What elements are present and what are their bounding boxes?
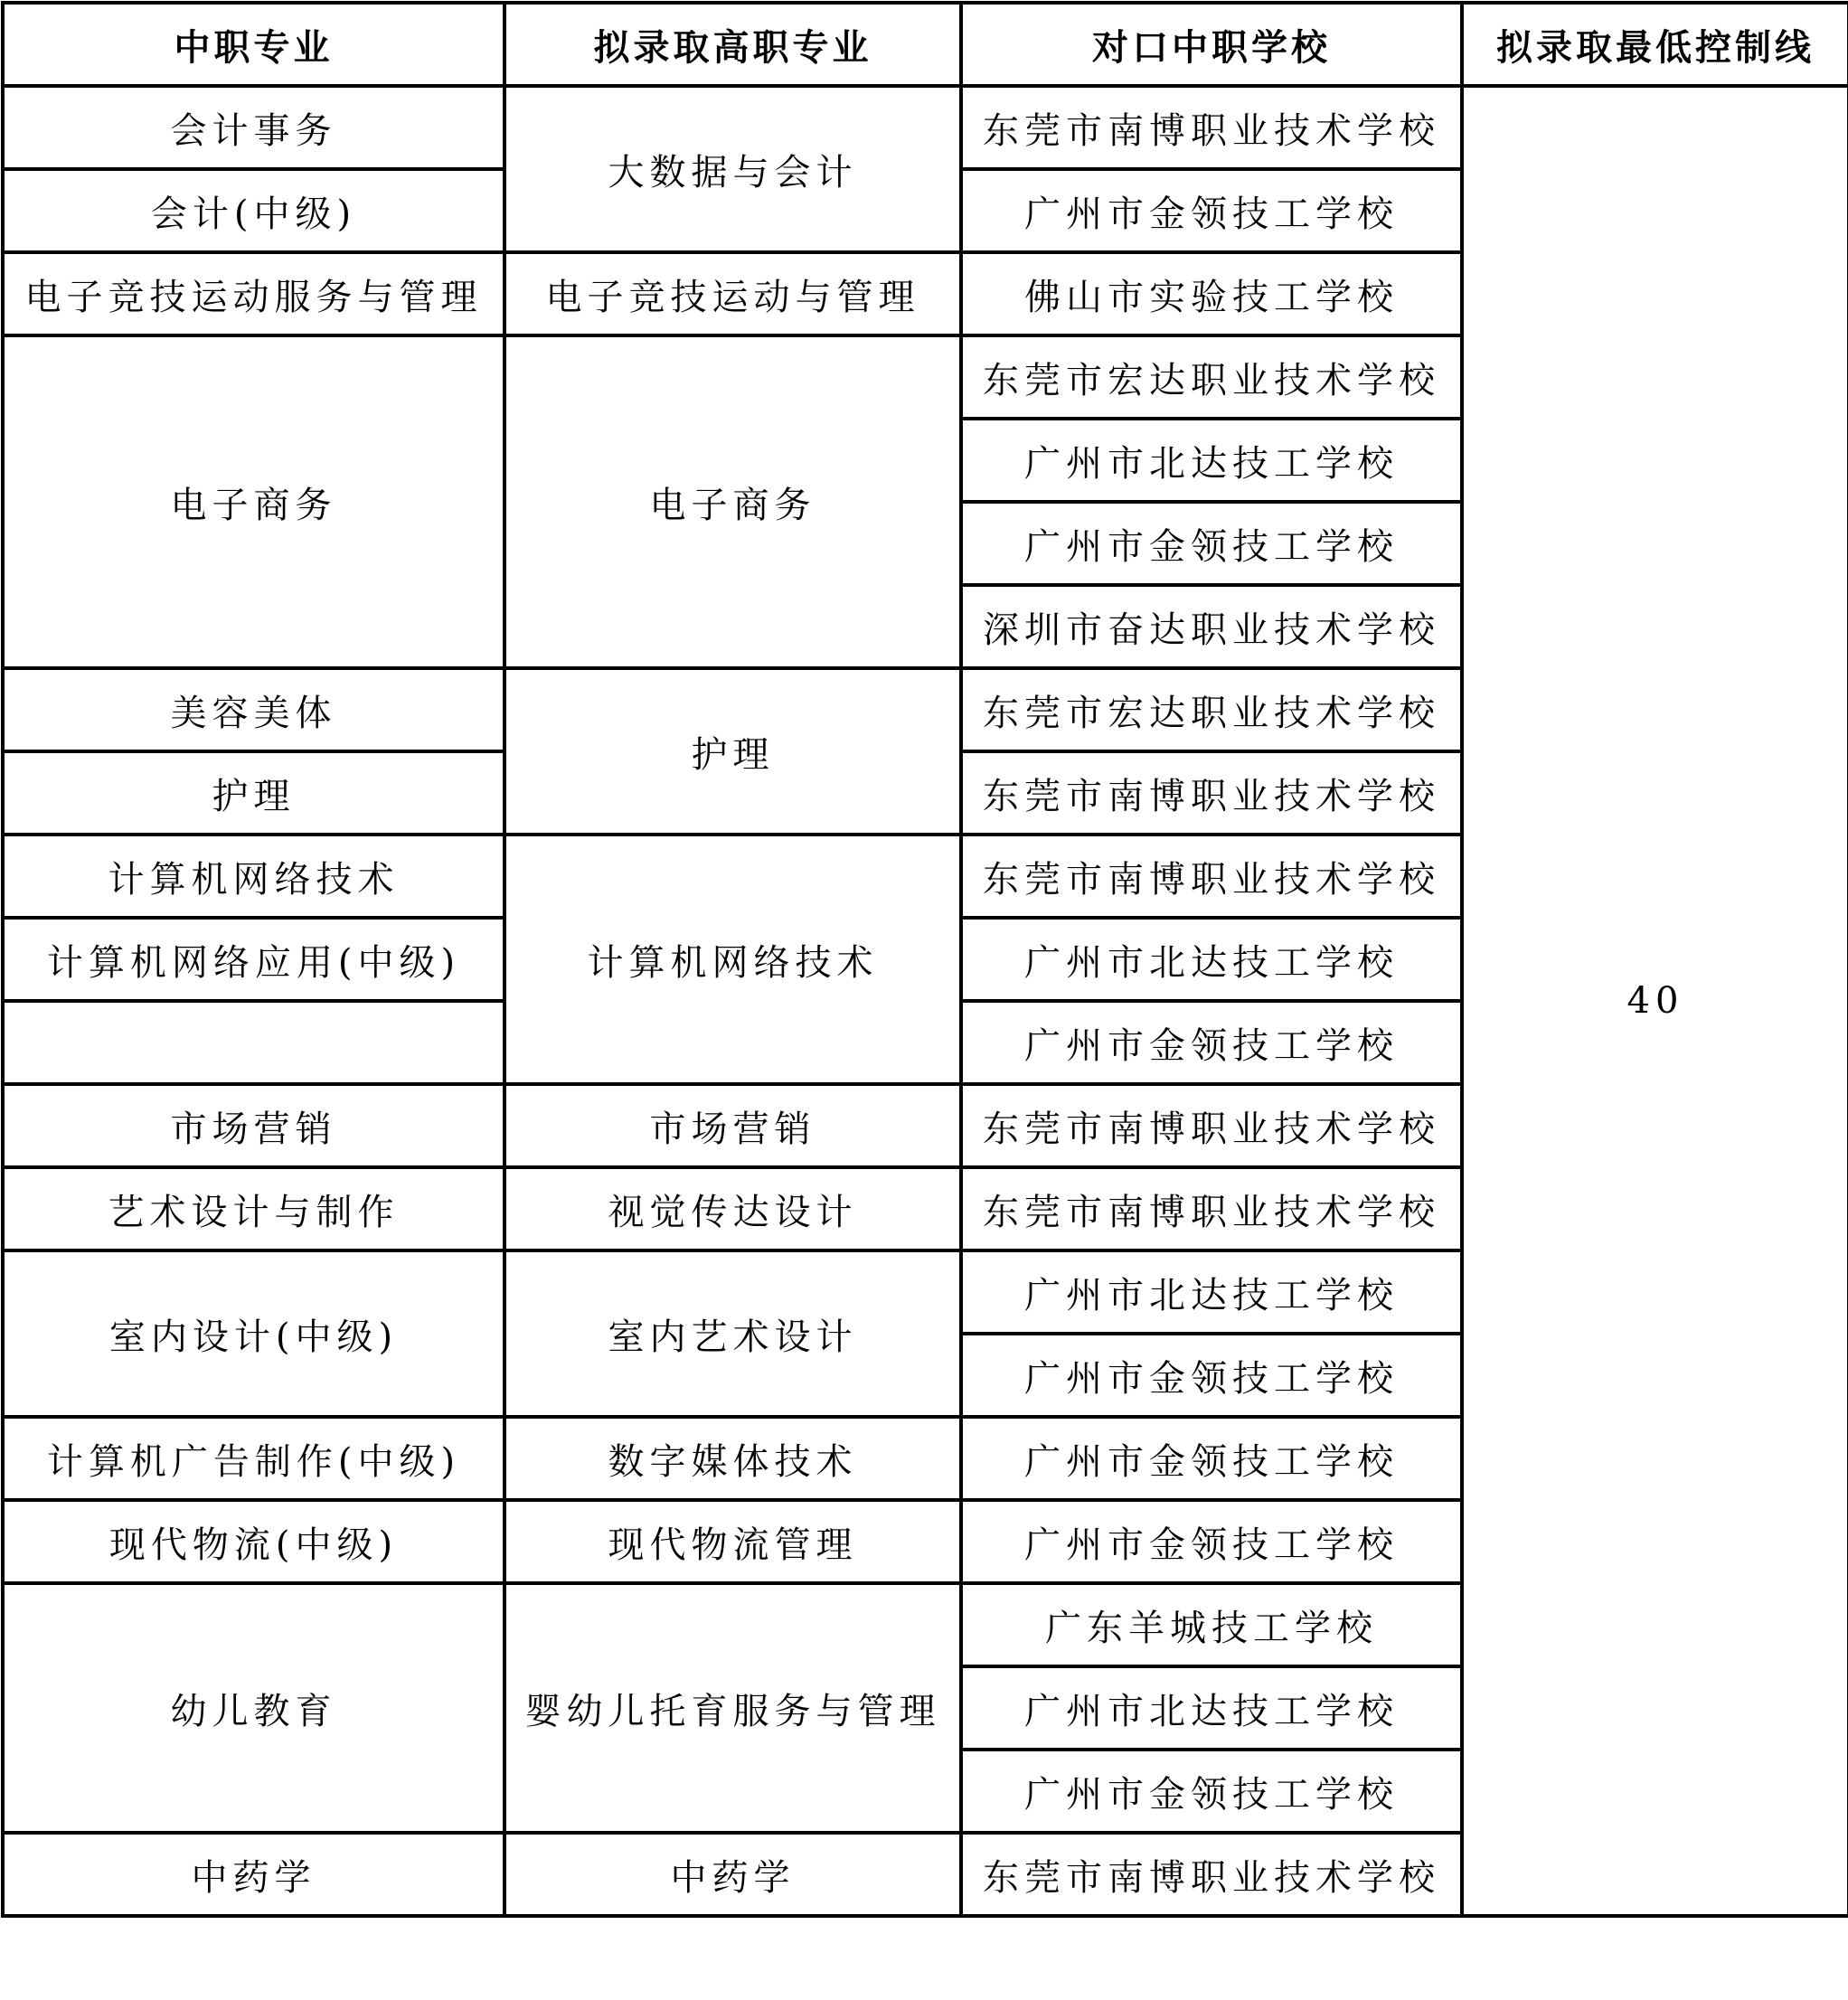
higher-major-cell: 护理 [504, 668, 961, 835]
school-cell: 广州市北达技工学校 [961, 1250, 1462, 1334]
higher-major-cell: 婴幼儿托育服务与管理 [504, 1583, 961, 1833]
secondary-major-cell: 电子商务 [3, 335, 504, 668]
school-cell: 东莞市宏达职业技术学校 [961, 668, 1462, 751]
header-higher-major: 拟录取高职专业 [504, 3, 961, 86]
school-cell: 东莞市南博职业技术学校 [961, 1167, 1462, 1250]
school-cell: 东莞市南博职业技术学校 [961, 86, 1462, 169]
school-cell: 广州市金领技工学校 [961, 1417, 1462, 1500]
school-cell: 广东羊城技工学校 [961, 1583, 1462, 1666]
secondary-major-cell: 幼儿教育 [3, 1583, 504, 1833]
secondary-major-cell-empty [3, 1001, 504, 1084]
school-cell: 东莞市南博职业技术学校 [961, 751, 1462, 835]
header-min-score: 拟录取最低控制线 [1462, 3, 1848, 86]
higher-major-cell: 市场营销 [504, 1084, 961, 1167]
school-cell: 东莞市南博职业技术学校 [961, 835, 1462, 918]
secondary-major-cell: 艺术设计与制作 [3, 1167, 504, 1250]
secondary-major-cell: 现代物流(中级) [3, 1500, 504, 1583]
header-matched-school: 对口中职学校 [961, 3, 1462, 86]
admission-control-line-table: 中职专业 拟录取高职专业 对口中职学校 拟录取最低控制线 会计事务 大数据与会计… [1, 1, 1848, 1918]
secondary-major-cell: 计算机广告制作(中级) [3, 1417, 504, 1500]
secondary-major-cell: 市场营销 [3, 1084, 504, 1167]
higher-major-cell: 视觉传达设计 [504, 1167, 961, 1250]
school-cell: 佛山市实验技工学校 [961, 252, 1462, 335]
school-cell: 广州市金领技工学校 [961, 1500, 1462, 1583]
secondary-major-cell: 室内设计(中级) [3, 1250, 504, 1417]
school-cell: 东莞市南博职业技术学校 [961, 1833, 1462, 1916]
school-cell: 东莞市宏达职业技术学校 [961, 335, 1462, 419]
secondary-major-cell: 美容美体 [3, 668, 504, 751]
school-cell: 广州市北达技工学校 [961, 419, 1462, 502]
secondary-major-cell: 会计(中级) [3, 169, 504, 252]
secondary-major-cell: 电子竞技运动服务与管理 [3, 252, 504, 335]
higher-major-cell: 中药学 [504, 1833, 961, 1916]
school-cell: 广州市金领技工学校 [961, 1001, 1462, 1084]
table-header-row: 中职专业 拟录取高职专业 对口中职学校 拟录取最低控制线 [3, 3, 1848, 86]
school-cell: 广州市北达技工学校 [961, 918, 1462, 1001]
min-score-cell: 40 [1462, 86, 1848, 1916]
school-cell: 东莞市南博职业技术学校 [961, 1084, 1462, 1167]
higher-major-cell: 现代物流管理 [504, 1500, 961, 1583]
secondary-major-cell: 会计事务 [3, 86, 504, 169]
school-cell: 广州市金领技工学校 [961, 1750, 1462, 1833]
school-cell: 广州市北达技工学校 [961, 1666, 1462, 1750]
school-cell: 广州市金领技工学校 [961, 169, 1462, 252]
higher-major-cell: 电子竞技运动与管理 [504, 252, 961, 335]
higher-major-cell: 室内艺术设计 [504, 1250, 961, 1417]
secondary-major-cell: 中药学 [3, 1833, 504, 1916]
header-secondary-major: 中职专业 [3, 3, 504, 86]
school-cell: 广州市金领技工学校 [961, 502, 1462, 585]
higher-major-cell: 数字媒体技术 [504, 1417, 961, 1500]
table-row: 会计事务 大数据与会计 东莞市南博职业技术学校 40 [3, 86, 1848, 169]
school-cell: 广州市金领技工学校 [961, 1334, 1462, 1417]
admission-table-page: 中职专业 拟录取高职专业 对口中职学校 拟录取最低控制线 会计事务 大数据与会计… [0, 0, 1848, 2000]
secondary-major-cell: 护理 [3, 751, 504, 835]
higher-major-cell: 大数据与会计 [504, 86, 961, 252]
higher-major-cell: 电子商务 [504, 335, 961, 668]
school-cell: 深圳市奋达职业技术学校 [961, 585, 1462, 668]
secondary-major-cell: 计算机网络应用(中级) [3, 918, 504, 1001]
higher-major-cell: 计算机网络技术 [504, 835, 961, 1084]
secondary-major-cell: 计算机网络技术 [3, 835, 504, 918]
